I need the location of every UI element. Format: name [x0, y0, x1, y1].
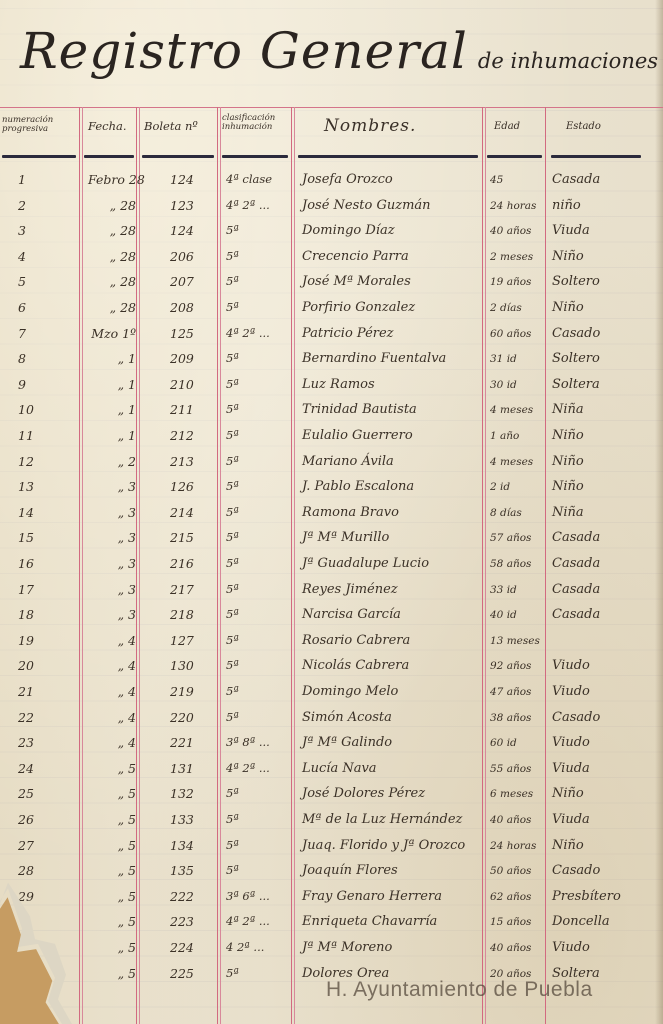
row-civil-status: Niño [552, 300, 584, 315]
row-classification: 5ª [226, 377, 239, 391]
row-boleta-number: 215 [170, 530, 194, 545]
row-date: „ 2 [88, 454, 136, 469]
row-classification: 5ª [226, 454, 239, 468]
row-classification: 5ª [226, 582, 239, 596]
row-civil-status: Viudo [552, 658, 590, 673]
row-age: 62 años [490, 891, 531, 903]
row-boleta-number: 207 [170, 274, 194, 289]
row-age: 47 años [490, 686, 531, 698]
row-age: 57 años [490, 532, 531, 544]
row-classification: 3ª 6ª ... [226, 889, 270, 903]
ledger-row: 8„ 12095ªBernardino Fuentalva31 idSolter… [0, 349, 663, 374]
row-number: 2 [18, 198, 26, 213]
row-boleta-number: 124 [170, 223, 194, 238]
row-boleta-number: 131 [170, 761, 194, 776]
ledger-row: 3„ 281245ªDomingo Díaz40 añosViuda [0, 221, 663, 246]
row-age: 13 meses [490, 635, 540, 647]
header-fecha: Fecha. [88, 120, 127, 132]
row-age: 38 años [490, 712, 531, 724]
row-boleta-number: 124 [170, 172, 194, 187]
row-name: Simón Acosta [302, 710, 392, 725]
row-classification: 5ª [226, 300, 239, 314]
row-number: 11 [18, 428, 34, 443]
row-date: „ 1 [88, 402, 136, 417]
ledger-row: 13„ 31265ªJ. Pablo Escalona2 idNiño [0, 477, 663, 502]
ledger-row: 16„ 32165ªJª Guadalupe Lucio58 añosCasad… [0, 554, 663, 579]
header-underline [222, 155, 288, 158]
ledger-row: 14„ 32145ªRamona Bravo8 díasNiña [0, 503, 663, 528]
row-classification: 5ª [226, 633, 239, 647]
ledger-row: 18„ 32185ªNarcisa García40 idCasada [0, 605, 663, 630]
row-date: „ 5 [88, 914, 136, 929]
ledger-row: 6„ 282085ªPorfirio Gonzalez2 díasNiño [0, 298, 663, 323]
header-numeracion-line2: progresiva [2, 125, 53, 134]
row-civil-status: Casada [552, 556, 600, 571]
row-name: José Mª Morales [302, 274, 411, 289]
row-date: „ 5 [88, 940, 136, 955]
ledger-row: 15„ 32155ªJª Mª Murillo57 añosCasada [0, 528, 663, 553]
row-classification: 5ª [226, 607, 239, 621]
row-name: Mariano Ávila [302, 454, 394, 469]
row-name: Luz Ramos [302, 377, 375, 392]
row-date: „ 28 [88, 274, 136, 289]
archive-watermark: H. Ayuntamiento de Puebla [326, 978, 593, 1002]
row-name: Domingo Melo [302, 684, 398, 699]
row-classification: 5ª [226, 530, 239, 544]
ledger-row: 11„ 12125ªEulalio Guerrero1 añoNiño [0, 426, 663, 451]
header-underline [142, 155, 214, 158]
ledger-row: 24„ 51314ª 2ª ...Lucía Nava55 añosViuda [0, 759, 663, 784]
row-number: 1 [18, 172, 26, 187]
row-civil-status: Casado [552, 326, 600, 341]
row-age: 2 meses [490, 251, 533, 263]
row-name: Reyes Jiménez [302, 582, 398, 597]
row-boleta-number: 212 [170, 428, 194, 443]
row-date: „ 3 [88, 607, 136, 622]
row-name: Jª Mª Galindo [302, 735, 392, 750]
row-classification: 5ª [226, 249, 239, 263]
row-date: „ 5 [88, 812, 136, 827]
row-number: 22 [18, 710, 34, 725]
row-civil-status: Niña [552, 505, 584, 520]
row-name: Narcisa García [302, 607, 401, 622]
row-name: Bernardino Fuentalva [302, 351, 446, 366]
row-age: 1 año [490, 430, 519, 442]
row-classification: 4 2ª ... [226, 940, 264, 954]
row-boleta-number: 210 [170, 377, 194, 392]
ledger-row: 4„ 282065ªCrecencio Parra2 mesesNiño [0, 247, 663, 272]
row-boleta-number: 221 [170, 735, 194, 750]
row-boleta-number: 209 [170, 351, 194, 366]
row-number: 14 [18, 505, 34, 520]
row-number: 27 [18, 838, 34, 853]
row-number: 25 [18, 786, 34, 801]
row-age: 50 años [490, 865, 531, 877]
row-date: „ 4 [88, 658, 136, 673]
ledger-row: 23„ 42213ª 8ª ...Jª Mª Galindo60 idViudo [0, 733, 663, 758]
ledger-page: Registro Generalde inhumaciones en el Pa… [0, 0, 663, 1024]
row-age: 55 años [490, 763, 531, 775]
row-civil-status: Viuda [552, 223, 590, 238]
row-civil-status: Viuda [552, 812, 590, 827]
ledger-row: 9„ 12105ªLuz Ramos30 idSoltera [0, 375, 663, 400]
row-classification: 5ª [226, 838, 239, 852]
row-boleta-number: 132 [170, 786, 194, 801]
row-date: „ 1 [88, 351, 136, 366]
row-classification: 5ª [226, 223, 239, 237]
row-name: Domingo Díaz [302, 223, 395, 238]
row-number: 12 [18, 454, 34, 469]
row-civil-status: Niño [552, 249, 584, 264]
row-civil-status: Niño [552, 838, 584, 853]
row-date: „ 5 [88, 863, 136, 878]
row-boleta-number: 219 [170, 684, 194, 699]
row-number: 17 [18, 582, 34, 597]
row-date: „ 5 [88, 761, 136, 776]
row-name: Lucía Nava [302, 761, 377, 776]
row-boleta-number: 216 [170, 556, 194, 571]
header-edad: Edad [494, 122, 520, 133]
row-name: Jª Mª Murillo [302, 530, 389, 545]
header-nombres: Nombres. [324, 118, 416, 136]
row-classification: 5ª [226, 863, 239, 877]
row-number: 9 [18, 377, 26, 392]
row-date: „ 5 [88, 838, 136, 853]
row-number: 21 [18, 684, 34, 699]
row-civil-status: Doncella [552, 914, 610, 929]
row-age: 2 id [490, 481, 510, 493]
row-civil-status: niño [552, 198, 581, 213]
row-civil-status: Niño [552, 479, 584, 494]
header-top-rule [0, 107, 663, 108]
row-civil-status: Niño [552, 428, 584, 443]
ledger-row: 12„ 22135ªMariano Ávila4 mesesNiño [0, 452, 663, 477]
row-name: Mª de la Luz Hernández [302, 812, 462, 827]
row-age: 24 horas [490, 840, 536, 852]
row-date: „ 5 [88, 966, 136, 981]
row-name: J. Pablo Escalona [302, 479, 414, 494]
row-age: 24 horas [490, 200, 536, 212]
row-classification: 5ª [226, 710, 239, 724]
row-age: 40 id [490, 609, 517, 621]
header-underline [487, 155, 542, 158]
row-civil-status: Casada [552, 172, 600, 187]
header-underline [84, 155, 134, 158]
row-date: „ 4 [88, 633, 136, 648]
row-civil-status: Viudo [552, 735, 590, 750]
row-age: 33 id [490, 584, 517, 596]
row-boleta-number: 125 [170, 326, 194, 341]
ledger-row: 21„ 42195ªDomingo Melo47 añosViudo [0, 682, 663, 707]
row-name: Nicolás Cabrera [302, 658, 409, 673]
row-number: 24 [18, 761, 34, 776]
row-name: Patricio Pérez [302, 326, 394, 341]
row-classification: 4ª 2ª ... [226, 761, 270, 775]
row-name: José Dolores Pérez [302, 786, 425, 801]
ledger-row: 1Febro 281244ª claseJosefa Orozco45Casad… [0, 170, 663, 195]
row-name: Enriqueta Chavarría [302, 914, 437, 929]
header-numeracion: numeración progresiva [2, 116, 53, 134]
row-boleta-number: 220 [170, 710, 194, 725]
row-number: 15 [18, 530, 34, 545]
row-age: 4 meses [490, 404, 533, 416]
row-date: „ 4 [88, 735, 136, 750]
row-boleta-number: 211 [170, 402, 194, 417]
row-name: José Nesto Guzmán [302, 198, 431, 213]
row-number: 23 [18, 735, 34, 750]
row-civil-status: Viudo [552, 940, 590, 955]
title-sub: de inhumaciones en el Pan [478, 49, 663, 73]
row-age: 8 días [490, 507, 522, 519]
row-date: „ 28 [88, 198, 136, 213]
row-boleta-number: 223 [170, 914, 194, 929]
row-name: Juaq. Florido y Jª Orozco [302, 838, 465, 853]
row-age: 19 años [490, 276, 531, 288]
row-civil-status: Casado [552, 863, 600, 878]
row-classification: 4ª clase [226, 172, 272, 186]
row-number: 28 [18, 863, 34, 878]
row-classification: 5ª [226, 812, 239, 826]
header-clasificacion: clasificación inhumación [222, 114, 275, 132]
ledger-row: 20„ 41305ªNicolás Cabrera92 añosViudo [0, 656, 663, 681]
row-classification: 5ª [226, 351, 239, 365]
header-boleta: Boleta nº [144, 120, 198, 132]
row-boleta-number: 135 [170, 863, 194, 878]
row-classification: 5ª [226, 274, 239, 288]
header-underline [2, 155, 76, 158]
row-age: 31 id [490, 353, 517, 365]
row-name: Jª Mª Moreno [302, 940, 392, 955]
row-date: „ 5 [88, 889, 136, 904]
header-clasificacion-line2: inhumación [222, 123, 275, 132]
row-date: „ 3 [88, 582, 136, 597]
ledger-row: 26„ 51335ªMª de la Luz Hernández40 añosV… [0, 810, 663, 835]
row-boleta-number: 130 [170, 658, 194, 673]
row-number: 13 [18, 479, 34, 494]
row-date: „ 28 [88, 249, 136, 264]
row-civil-status: Niña [552, 402, 584, 417]
row-civil-status: Soltero [552, 351, 600, 366]
row-date: „ 4 [88, 710, 136, 725]
row-boleta-number: 225 [170, 966, 194, 981]
row-boleta-number: 123 [170, 198, 194, 213]
row-name: Porfirio Gonzalez [302, 300, 415, 315]
row-classification: 5ª [226, 479, 239, 493]
row-number: 26 [18, 812, 34, 827]
ledger-row: 27„ 51345ªJuaq. Florido y Jª Orozco24 ho… [0, 836, 663, 861]
row-boleta-number: 213 [170, 454, 194, 469]
ledger-row: 17„ 32175ªReyes Jiménez33 idCasada [0, 580, 663, 605]
row-classification: 5ª [226, 505, 239, 519]
row-classification: 4ª 2ª ... [226, 198, 270, 212]
row-date: „ 28 [88, 223, 136, 238]
row-classification: 5ª [226, 556, 239, 570]
row-date: „ 3 [88, 479, 136, 494]
row-civil-status: Casado [552, 710, 600, 725]
row-boleta-number: 134 [170, 838, 194, 853]
row-name: Josefa Orozco [302, 172, 393, 187]
row-number: 6 [18, 300, 26, 315]
row-date: „ 1 [88, 428, 136, 443]
row-age: 45 [490, 174, 503, 186]
row-name: Joaquín Flores [302, 863, 398, 878]
ledger-row: 19„ 41275ªRosario Cabrera13 meses [0, 631, 663, 656]
title-main: Registro General [20, 22, 468, 80]
row-date: Febro 28 [88, 172, 136, 187]
row-age: 60 id [490, 737, 517, 749]
row-name: Ramona Bravo [302, 505, 399, 520]
row-date: „ 3 [88, 556, 136, 571]
row-date: „ 5 [88, 786, 136, 801]
row-age: 40 años [490, 814, 531, 826]
row-civil-status: Soltera [552, 377, 600, 392]
row-classification: 5ª [226, 658, 239, 672]
row-classification: 4ª 2ª ... [226, 914, 270, 928]
row-age: 40 años [490, 225, 531, 237]
row-boleta-number: 224 [170, 940, 194, 955]
row-civil-status: Viudo [552, 684, 590, 699]
row-classification: 5ª [226, 786, 239, 800]
ledger-row: 2„ 281234ª 2ª ...José Nesto Guzmán24 hor… [0, 196, 663, 221]
row-age: 30 id [490, 379, 517, 391]
row-date: „ 3 [88, 530, 136, 545]
row-classification: 4ª 2ª ... [226, 326, 270, 340]
ledger-row: 10„ 12115ªTrinidad Bautista4 mesesNiña [0, 400, 663, 425]
row-classification: 5ª [226, 966, 239, 980]
row-age: 15 años [490, 916, 531, 928]
row-number: 7 [18, 326, 26, 341]
row-boleta-number: 208 [170, 300, 194, 315]
row-classification: 3ª 8ª ... [226, 735, 270, 749]
row-age: 6 meses [490, 788, 533, 800]
row-classification: 5ª [226, 684, 239, 698]
row-civil-status: Niño [552, 454, 584, 469]
row-number: 5 [18, 274, 26, 289]
ledger-row: 28„ 51355ªJoaquín Flores50 añosCasado [0, 861, 663, 886]
row-age: 60 años [490, 328, 531, 340]
row-number: 3 [18, 223, 26, 238]
row-classification: 5ª [226, 428, 239, 442]
row-date: „ 3 [88, 505, 136, 520]
header-estado: Estado [566, 122, 601, 133]
row-number: 19 [18, 633, 34, 648]
row-boleta-number: 222 [170, 889, 194, 904]
ledger-row: 5„ 282075ªJosé Mª Morales19 añosSoltero [0, 272, 663, 297]
row-age: 4 meses [490, 456, 533, 468]
row-boleta-number: 206 [170, 249, 194, 264]
page-title: Registro Generalde inhumaciones en el Pa… [20, 22, 663, 112]
row-number: 8 [18, 351, 26, 366]
row-name: Eulalio Guerrero [302, 428, 413, 443]
row-boleta-number: 127 [170, 633, 194, 648]
ledger-row: 25„ 51325ªJosé Dolores Pérez6 mesesNiño [0, 784, 663, 809]
ledger-row: 7Mzo 1º1254ª 2ª ...Patricio Pérez60 años… [0, 324, 663, 349]
row-number: 20 [18, 658, 34, 673]
row-boleta-number: 133 [170, 812, 194, 827]
row-age: 2 días [490, 302, 522, 314]
row-number: 18 [18, 607, 34, 622]
row-civil-status: Presbítero [552, 889, 621, 904]
row-boleta-number: 217 [170, 582, 194, 597]
ledger-row: 29„ 52223ª 6ª ...Fray Genaro Herrera62 a… [0, 887, 663, 912]
row-boleta-number: 126 [170, 479, 194, 494]
row-boleta-number: 218 [170, 607, 194, 622]
row-civil-status: Casada [552, 607, 600, 622]
row-name: Crecencio Parra [302, 249, 409, 264]
row-age: 58 años [490, 558, 531, 570]
row-civil-status: Casada [552, 530, 600, 545]
row-number: 16 [18, 556, 34, 571]
row-name: Jª Guadalupe Lucio [302, 556, 429, 571]
row-name: Rosario Cabrera [302, 633, 410, 648]
row-classification: 5ª [226, 402, 239, 416]
row-date: „ 28 [88, 300, 136, 315]
row-age: 92 años [490, 660, 531, 672]
ledger-row: „ 52234ª 2ª ...Enriqueta Chavarría15 año… [0, 912, 663, 937]
row-date: Mzo 1º [88, 326, 136, 341]
header-underline [551, 155, 641, 158]
row-civil-status: Viuda [552, 761, 590, 776]
row-number: 4 [18, 249, 26, 264]
row-civil-status: Casada [552, 582, 600, 597]
row-boleta-number: 214 [170, 505, 194, 520]
row-number: 10 [18, 402, 34, 417]
ledger-row: 22„ 42205ªSimón Acosta38 añosCasado [0, 708, 663, 733]
row-age: 40 años [490, 942, 531, 954]
row-date: „ 4 [88, 684, 136, 699]
ledger-row: „ 52244 2ª ...Jª Mª Moreno40 añosViudo [0, 938, 663, 963]
row-date: „ 1 [88, 377, 136, 392]
header-underline [298, 155, 478, 158]
row-name: Fray Genaro Herrera [302, 889, 442, 904]
row-civil-status: Niño [552, 786, 584, 801]
row-civil-status: Soltero [552, 274, 600, 289]
row-name: Trinidad Bautista [302, 402, 417, 417]
